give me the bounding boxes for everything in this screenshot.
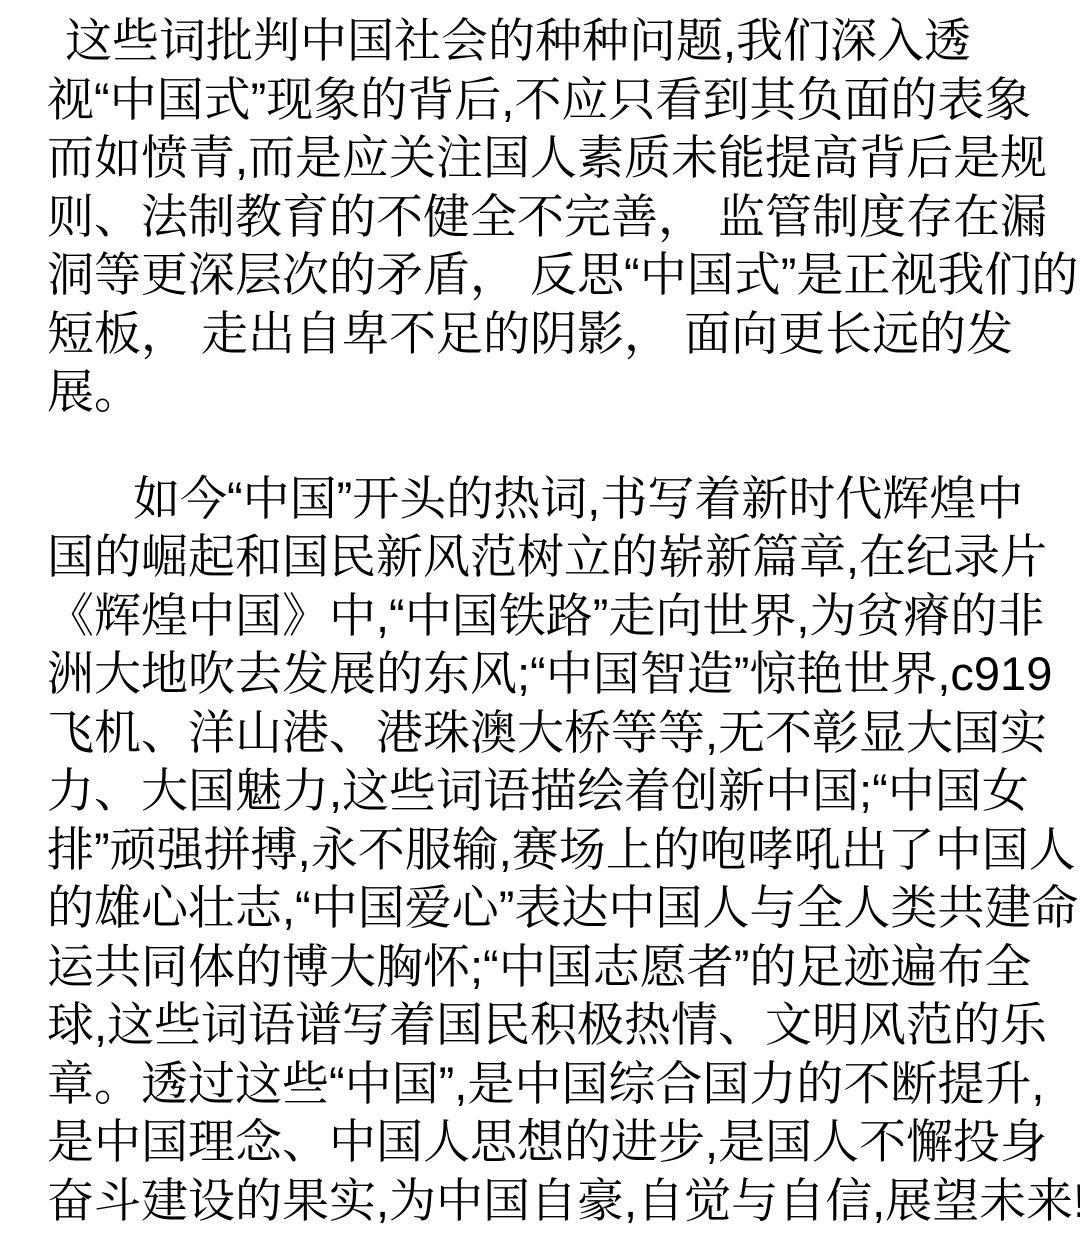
- text-line: 奋斗建设的果实,为中国自豪,自觉与自信,展望未来!: [47, 1172, 1080, 1231]
- text-line: 洲大地吹去发展的东风;“中国智造”惊艳世界,c919: [47, 645, 1080, 704]
- text-line: 短板， 走出自卑不足的阴影， 面向更长远的发: [47, 305, 1080, 364]
- text-line: 排”顽强拼搏,永不服输,赛场上的咆哮吼出了中国人: [47, 821, 1080, 880]
- text-line: 力、大国魅力,这些词语描绘着创新中国;“中国女: [47, 762, 1080, 821]
- text-line: 的雄心壮志,“中国爱心”表达中国人与全人类共建命: [47, 879, 1080, 938]
- text-line: 视“中国式”现象的背后,不应只看到其负面的表象: [47, 71, 1080, 130]
- text-line: 如今“中国”开头的热词,书写着新时代辉煌中: [47, 470, 1080, 529]
- text-line: 这些词批判中国社会的种种问题,我们深入透: [47, 12, 1080, 71]
- text-body: 这些词批判中国社会的种种问题,我们深入透视“中国式”现象的背后,不应只看到其负面…: [0, 0, 1080, 1230]
- text-line: 洞等更深层次的矛盾， 反思“中国式”是正视我们的: [47, 246, 1080, 305]
- text-line: 《辉煌中国》中,“中国铁路”走向世界,为贫瘠的非: [47, 587, 1080, 646]
- text-line: 国的崛起和国民新风范树立的崭新篇章,在纪录片: [47, 528, 1080, 587]
- paragraph-1: 这些词批判中国社会的种种问题,我们深入透视“中国式”现象的背后,不应只看到其负面…: [47, 12, 1080, 422]
- text-line: 运共同体的博大胸怀;“中国志愿者”的足迹遍布全: [47, 938, 1080, 997]
- text-line: 飞机、洋山港、港珠澳大桥等等,无不彰显大国实: [47, 704, 1080, 763]
- text-line: 章。透过这些“中国”,是中国综合国力的不断提升,: [47, 1055, 1080, 1114]
- paragraph-2: 如今“中国”开头的热词,书写着新时代辉煌中国的崛起和国民新风范树立的崭新篇章,在…: [47, 470, 1080, 1231]
- text-line: 是中国理念、中国人思想的进步,是国人不懈投身: [47, 1113, 1080, 1172]
- text-line: 而如愤青,而是应关注国人素质未能提高背后是规: [47, 129, 1080, 188]
- page: { "page": { "background_color": "#ffffff…: [0, 0, 1080, 1237]
- text-line: 展。: [47, 363, 1080, 422]
- text-line: 球,这些词语谱写着国民积极热情、文明风范的乐: [47, 996, 1080, 1055]
- text-line: 则、法制教育的不健全不完善， 监管制度存在漏: [47, 188, 1080, 247]
